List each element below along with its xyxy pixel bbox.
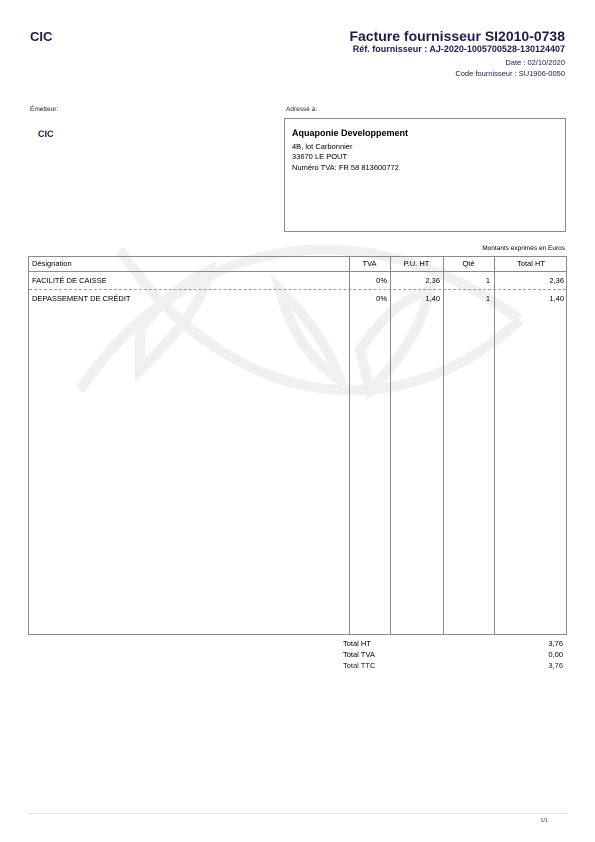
column-header-unit-price: P.U. HT [390,259,443,268]
total-ttc-label: Total TTC [343,661,375,670]
supplier-code: Code fournisseur : SU1906-0050 [455,69,565,78]
total-ttc-value: 3,76 [548,661,563,670]
recipient-label: Adressé à: [286,106,317,113]
recipient-vat-number: Numéro TVA: FR 58 813600772 [292,163,399,172]
row-unit-price: 2,36 [390,276,440,285]
row-quantity: 1 [443,294,490,303]
column-divider [349,257,350,634]
recipient-name: Aquaponie Developpement [292,128,408,138]
row-unit-price: 1,40 [390,294,440,303]
column-header-total-ht: Total HT [494,259,568,268]
sender-company-name: CIC [30,29,52,44]
row-total-ht: 2,36 [494,276,564,285]
row-designation: DEPASSEMENT DE CRÉDIT [32,294,131,303]
row-quantity: 1 [443,276,490,285]
row-tva: 0% [349,276,387,285]
emitter-label: Émetteur: [30,106,58,113]
footer-divider [28,813,567,814]
currency-note: Montants exprimés en Euros [482,245,565,252]
table-row: FACILITÉ DE CAISSE 0% 2,36 1 2,36 [29,272,566,290]
column-header-designation: Désignation [32,259,72,268]
emitter-name: CIC [38,129,54,139]
total-tva-label: Total TVA [343,650,375,659]
column-header-quantity: Qté [443,259,494,268]
column-divider [390,257,391,634]
total-tva-value: 0,00 [548,650,563,659]
total-ht-label: Total HT [343,639,371,648]
table-row: DEPASSEMENT DE CRÉDIT 0% 1,40 1 1,40 [29,290,566,307]
recipient-address-line1: 4B, lot Carbonnier [292,142,352,151]
row-total-ht: 1,40 [494,294,564,303]
column-divider [494,257,495,634]
row-tva: 0% [349,294,387,303]
page-number: 1/1 [540,818,548,824]
total-ht-value: 3,76 [548,639,563,648]
recipient-address-line2: 33670 LE POUT [292,152,347,161]
supplier-reference: Réf. fournisseur : AJ-2020-1005700528-13… [353,44,565,54]
invoice-date: Date : 02/10/2020 [505,58,565,67]
row-designation: FACILITÉ DE CAISSE [32,276,107,285]
invoice-title: Facture fournisseur SI2010-0738 [349,28,565,44]
column-header-tva: TVA [349,259,390,268]
invoice-lines-table: Désignation TVA P.U. HT Qté Total HT FAC… [28,256,567,635]
column-divider [443,257,444,634]
